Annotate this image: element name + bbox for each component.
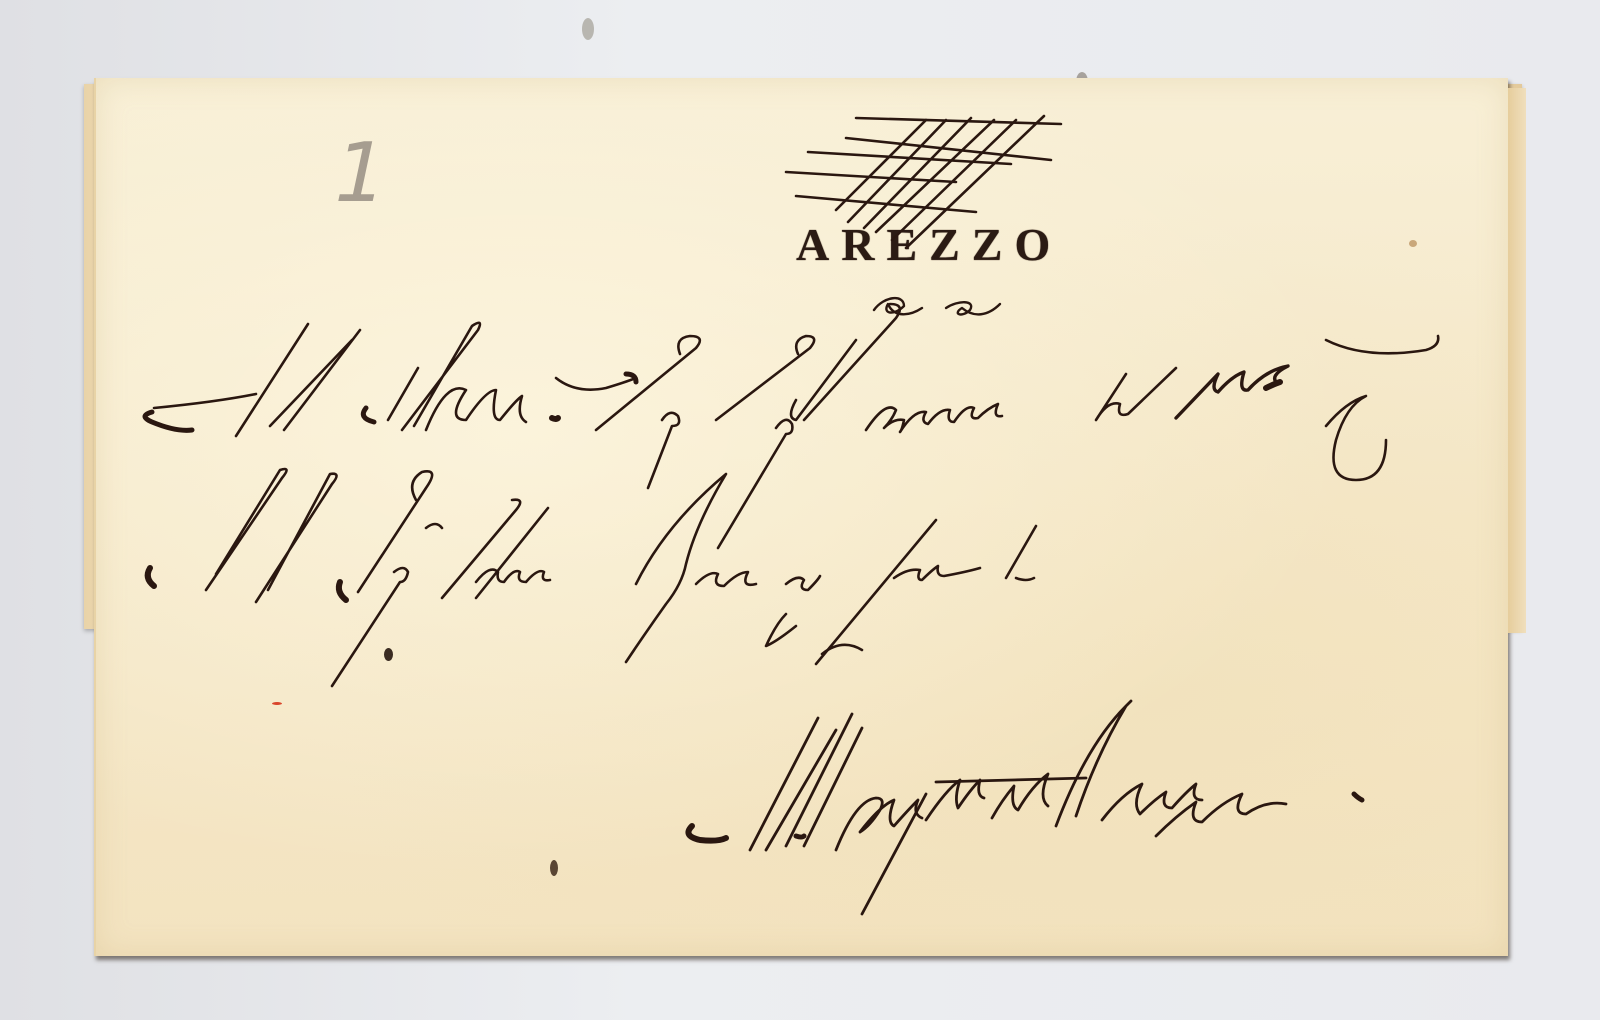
letter-cover: 1 AREZZO All' Ill.mo Sig.r Sig.r Padrone… [94,78,1508,956]
background-speck [582,18,594,40]
address-line-3-strokes [688,701,1362,914]
letter-right-fold [1508,88,1526,633]
handwriting-ink [96,78,1508,956]
flourish-under-postmark [874,298,1000,314]
crossed-lines-rate-mark [786,116,1061,248]
address-line-2-strokes [148,469,1036,686]
address-line-1-strokes [145,304,1438,548]
